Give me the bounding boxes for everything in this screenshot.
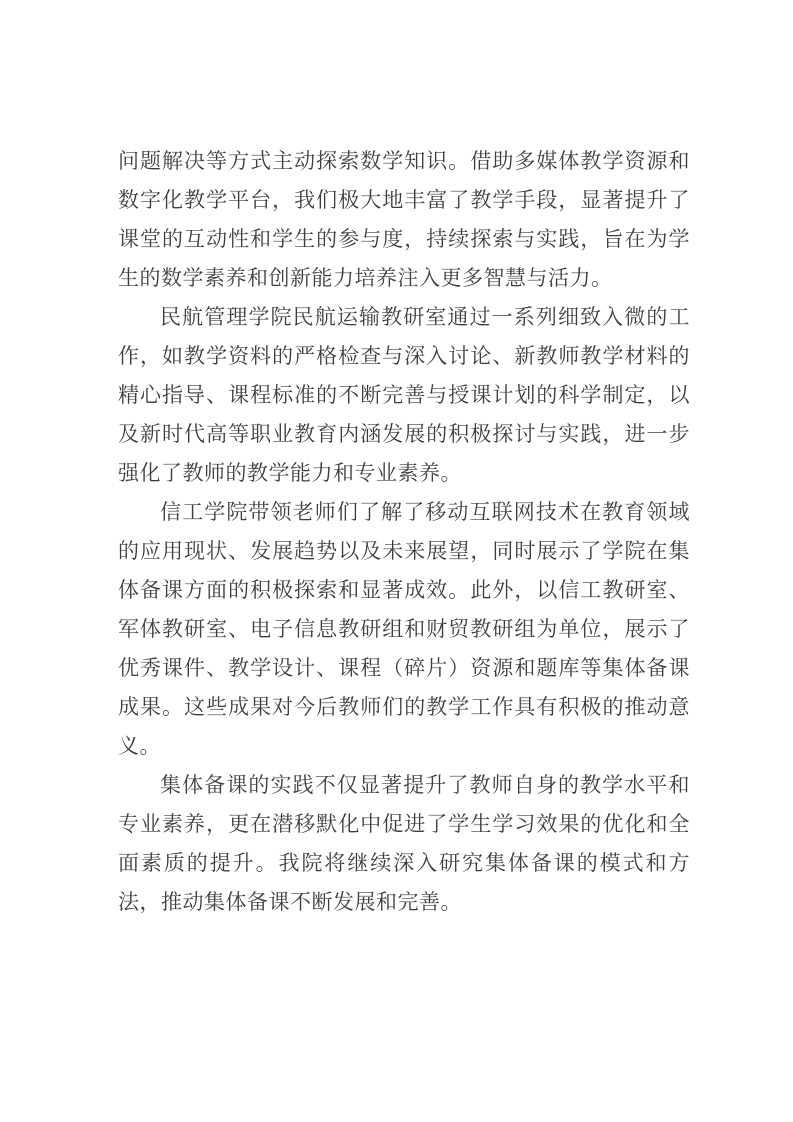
paragraph: 民航管理学院民航运输教研室通过一系列细致入微的工作，如教学资料的严格检查与深入讨… [118, 298, 690, 493]
document-body: 问题解决等方式主动探索数学知识。借助多媒体教学资源和数字化教学平台，我们极大地丰… [118, 142, 690, 922]
paragraph: 问题解决等方式主动探索数学知识。借助多媒体教学资源和数字化教学平台，我们极大地丰… [118, 142, 690, 298]
document-page: 问题解决等方式主动探索数学知识。借助多媒体教学资源和数字化教学平台，我们极大地丰… [0, 0, 793, 1122]
paragraph: 信工学院带领老师们了解了移动互联网技术在教育领域的应用现状、发展趋势以及未来展望… [118, 493, 690, 766]
paragraph: 集体备课的实践不仅显著提升了教师自身的教学水平和专业素养，更在潜移默化中促进了学… [118, 766, 690, 922]
